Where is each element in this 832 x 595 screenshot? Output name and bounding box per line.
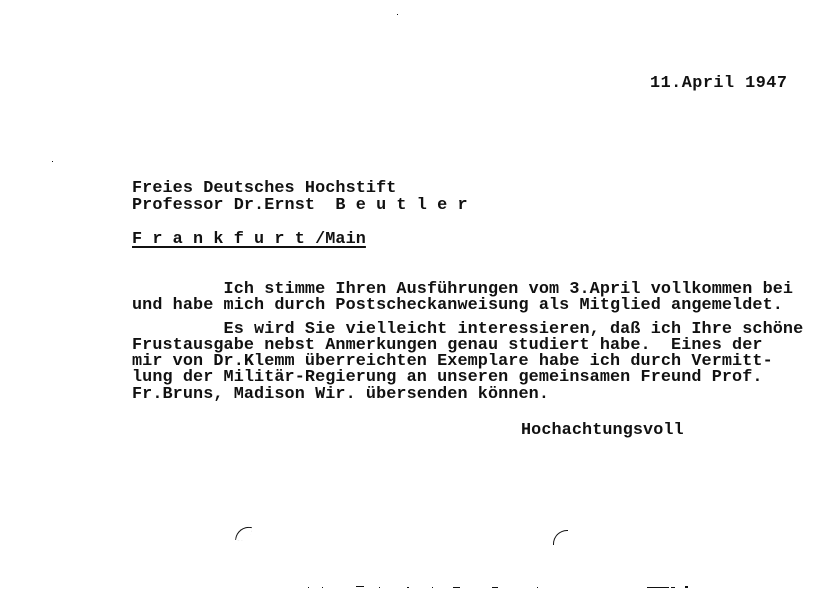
scan-dot [397, 14, 398, 15]
letter-closing: Hochachtungsvoll [521, 423, 684, 439]
body-line: Fr.Bruns, Madison Wir. übersenden können… [132, 387, 549, 403]
recipient-institution: Freies Deutsches Hochstift [132, 181, 396, 197]
recipient-name: Professor Dr.Ernst B e u t l e r [132, 198, 468, 214]
scan-dash [647, 587, 669, 588]
body-line: lung der Militär-Regierung an unseren ge… [132, 370, 763, 386]
scan-dash [432, 587, 433, 588]
scan-dash [407, 587, 409, 588]
scan-dash [379, 587, 380, 588]
scan-dash [356, 586, 364, 587]
scan-dash [671, 587, 675, 588]
scan-mark-arc-right [553, 530, 568, 545]
scan-dash [308, 587, 309, 588]
scan-dash [492, 587, 498, 588]
body-line: und habe mich durch Postscheckanweisung … [132, 298, 783, 314]
scan-dash [453, 587, 460, 588]
scan-dash [322, 587, 323, 588]
scan-dash [537, 587, 538, 588]
scan-dash [685, 586, 688, 588]
scan-mark-arc-left [235, 525, 252, 542]
letter-date: 11.April 1947 [650, 76, 787, 92]
recipient-city: F r a n k f u r t /Main [132, 232, 366, 248]
scan-dot [52, 161, 53, 162]
